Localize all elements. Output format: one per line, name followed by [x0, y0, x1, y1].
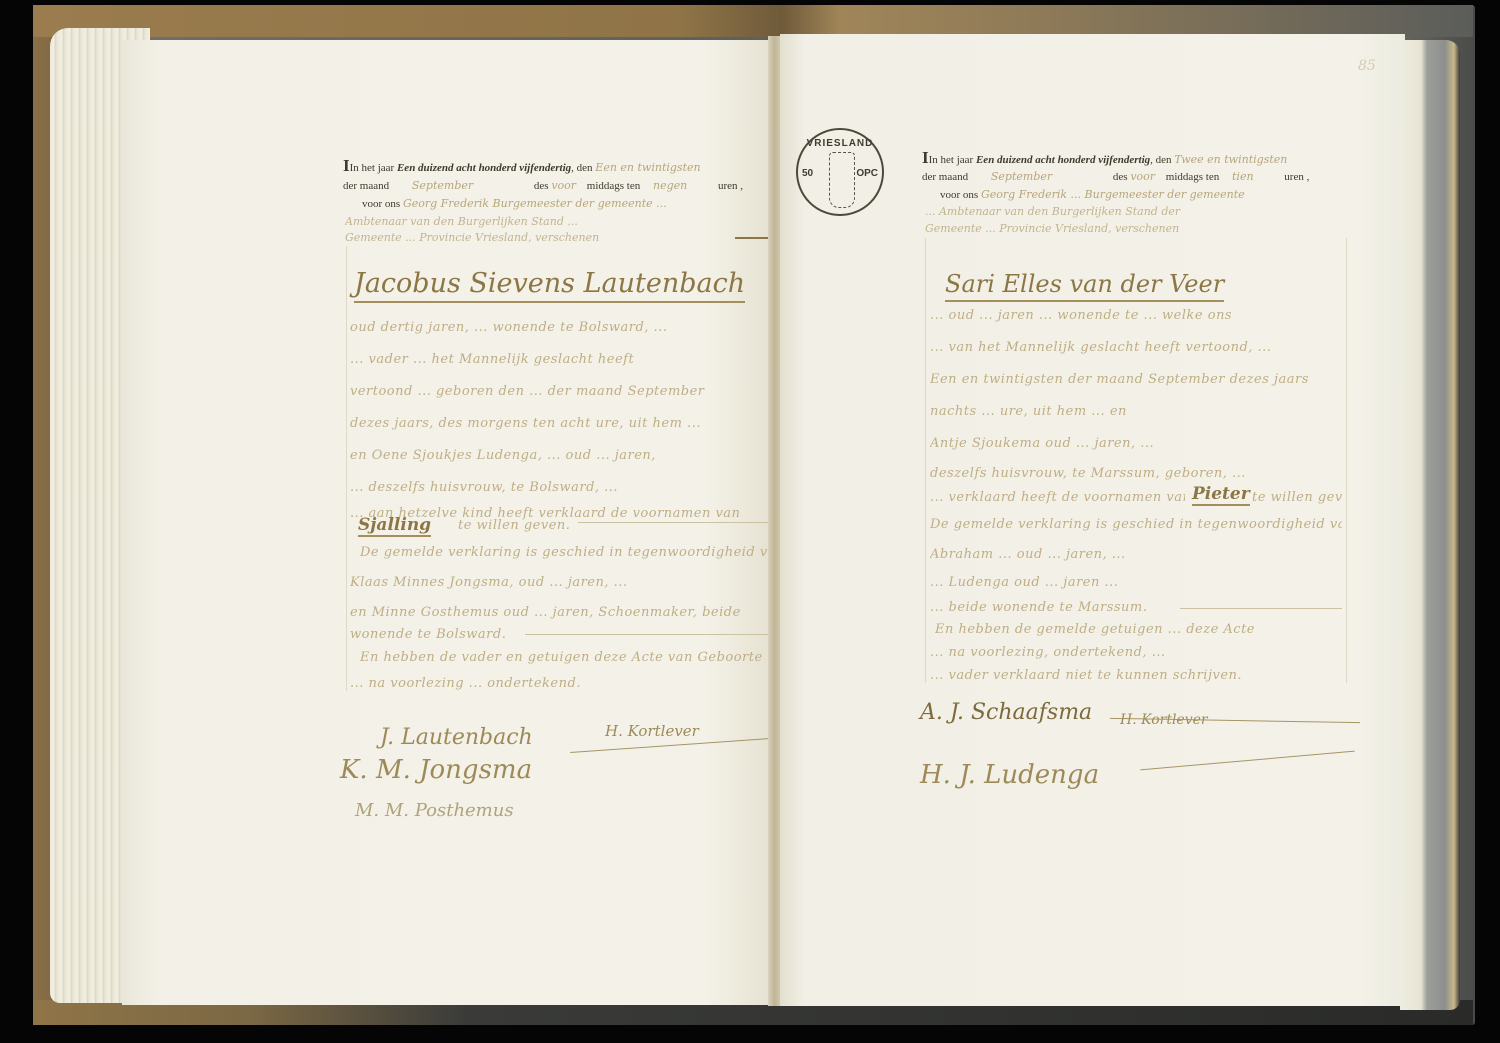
right-form-suffix: , den — [1150, 154, 1171, 166]
stamp-left-text: 50 — [802, 168, 813, 179]
right-form-line-5: Gemeente ... Provincie Vriesland, versch… — [925, 222, 1345, 235]
left-form-line-5: Gemeente ... Provincie Vriesland, versch… — [345, 231, 745, 244]
left-rule — [578, 522, 773, 523]
left-time-of-day-handwritten: voor — [551, 179, 576, 192]
right-form-line-1: IIn het jaar Een duizend acht honderd vi… — [922, 149, 1352, 169]
left-form-prefix: In het jaar — [350, 162, 395, 174]
left-form-line-2: der maand September des voor middags ten… — [343, 177, 778, 195]
right-declaration-line: Abraham ... oud ... jaren, ... — [930, 547, 1342, 562]
left-initial-capital: I — [343, 156, 350, 175]
left-rule — [525, 634, 773, 635]
right-declaration-line: ... beide wonende te Marssum. — [930, 600, 1180, 615]
right-voor-ons-label: voor ons — [940, 189, 978, 201]
left-body-line: en Oene Sjoukjes Ludenga, ... oud ... ja… — [350, 448, 775, 463]
right-closing-line: ... na voorlezing, ondertekend, ... — [930, 645, 1342, 660]
vriesland-tax-stamp: VRIESLAND 50 OPC — [796, 128, 884, 216]
left-signature: M. M. Posthemus — [355, 800, 514, 821]
right-form-year: Een duizend acht honderd vijfendertig — [976, 154, 1150, 166]
right-form-line-3: voor ons Georg Frederik ... Burgemeester… — [940, 186, 1350, 204]
right-body-line: ... oud ... jaren ... wonende te ... wel… — [930, 308, 1342, 323]
left-declaration-line: en Minne Gosthemus oud ... jaren, Schoen… — [350, 605, 775, 620]
left-form-year: Een duizend acht honderd vijfendertig — [397, 162, 571, 174]
right-month-label: der maand — [922, 171, 968, 183]
left-voor-ons-label: voor ons — [362, 198, 400, 210]
left-official-signature: H. Kortlever — [605, 722, 699, 740]
right-form-line-2: der maand September des voor middags ten… — [922, 168, 1352, 186]
stamp-region-text: VRIESLAND — [798, 138, 882, 149]
left-middags-label: middags ten — [587, 180, 640, 192]
right-signature: H. J. Ludenga — [920, 760, 1099, 790]
left-body-line: vertoond ... geboren den ... der maand S… — [350, 384, 775, 399]
left-uren-label: uren , — [718, 180, 743, 192]
right-given-name-suffix: te willen geven. — [1252, 490, 1342, 505]
left-hour-handwritten: negen — [653, 179, 687, 192]
left-form-suffix: , den — [571, 162, 592, 174]
right-initial-capital: I — [922, 148, 929, 167]
left-declaration-line: wonende te Bolsward. — [350, 627, 530, 642]
right-signature: A. J. Schaafsma — [920, 700, 1092, 725]
left-body-line: dezes jaars, des morgens ten acht ure, u… — [350, 416, 775, 431]
right-ruled-area — [925, 238, 1347, 683]
right-given-name: Pieter — [1192, 484, 1250, 506]
right-form-prefix: In het jaar — [929, 154, 974, 166]
left-form-line-3: voor ons Georg Frederik Burgemeester der… — [362, 195, 778, 213]
left-declaration-line: De gemelde verklaring is geschied in teg… — [360, 545, 775, 560]
left-signature: J. Lautenbach — [380, 725, 533, 750]
right-rule — [1180, 608, 1342, 609]
left-form-line-1: IIn het jaar Een duizend acht honderd vi… — [343, 157, 778, 177]
left-declaration-line: Klaas Minnes Jongsma, oud ... jaren, ... — [350, 575, 775, 590]
cover-cloth-top-edge — [33, 5, 1473, 37]
left-body-line: ... deszelfs huisvrouw, te Bolsward, ... — [350, 480, 775, 495]
left-body-line: ... vader ... het Mannelijk geslacht hee… — [350, 352, 775, 367]
right-form-line-4: ... Ambtenaar van den Burgerlijken Stand… — [925, 205, 1345, 218]
right-body-line: Antje Sjoukema oud ... jaren, ... — [930, 436, 1342, 451]
left-registrar-handwritten: Georg Frederik Burgemeester der gemeente… — [403, 197, 667, 210]
coat-of-arms-icon — [829, 152, 855, 208]
stamp-value-row: 50 OPC — [802, 168, 878, 179]
left-given-name-suffix: te willen geven. — [458, 518, 578, 533]
right-body-line: nachts ... ure, uit hem ... en — [930, 404, 1342, 419]
left-ruled-area — [346, 246, 776, 691]
left-month-handwritten: September — [412, 179, 473, 192]
left-day-handwritten: Een en twintigsten — [595, 161, 700, 174]
right-body-line: deszelfs huisvrouw, te Marssum, geboren,… — [930, 466, 1342, 481]
right-day-handwritten: Twee en twintigsten — [1174, 153, 1287, 166]
right-des-label: des — [1113, 171, 1128, 183]
right-body-line: ... verklaard heeft de voornamen van — [930, 490, 1185, 505]
right-middags-label: middags ten — [1166, 171, 1219, 183]
stamp-right-text: OPC — [856, 168, 878, 179]
left-closing-line: ... na voorlezing ... ondertekend. — [350, 676, 775, 691]
left-closing-line: En hebben de vader en getuigen deze Acte… — [360, 650, 775, 665]
left-month-label: der maand — [343, 180, 389, 192]
left-signature: K. M. Jongsma — [340, 755, 532, 785]
right-closing-line: En hebben de gemelde getuigen ... deze A… — [935, 622, 1342, 637]
right-registrar-handwritten: Georg Frederik ... Burgemeester der geme… — [981, 188, 1245, 201]
right-declaration-line: De gemelde verklaring is geschied in teg… — [930, 517, 1342, 532]
right-page-stack — [1400, 40, 1460, 1010]
right-hour-handwritten: tien — [1232, 170, 1254, 183]
right-time-of-day-handwritten: voor — [1130, 170, 1155, 183]
right-body-line: ... van het Mannelijk geslacht heeft ver… — [930, 340, 1342, 355]
right-closing-line: ... vader verklaard niet te kunnen schri… — [930, 668, 1342, 683]
page-number: 85 — [1358, 58, 1376, 74]
left-des-label: des — [534, 180, 549, 192]
left-form-line-4: Ambtenaar van den Burgerlijken Stand ... — [345, 215, 775, 228]
left-given-name: Sjalling — [358, 515, 431, 537]
right-month-handwritten: September — [991, 170, 1052, 183]
right-body-line: Een en twintigsten der maand September d… — [930, 372, 1342, 387]
right-uren-label: uren , — [1284, 171, 1309, 183]
right-declaration-line: ... Ludenga oud ... jaren ... — [930, 575, 1342, 590]
right-child-name: Sari Elles van der Veer — [945, 270, 1224, 302]
left-child-name: Jacobus Sievens Lautenbach — [354, 268, 745, 303]
left-body-line: oud dertig jaren, ... wonende te Bolswar… — [350, 320, 775, 335]
